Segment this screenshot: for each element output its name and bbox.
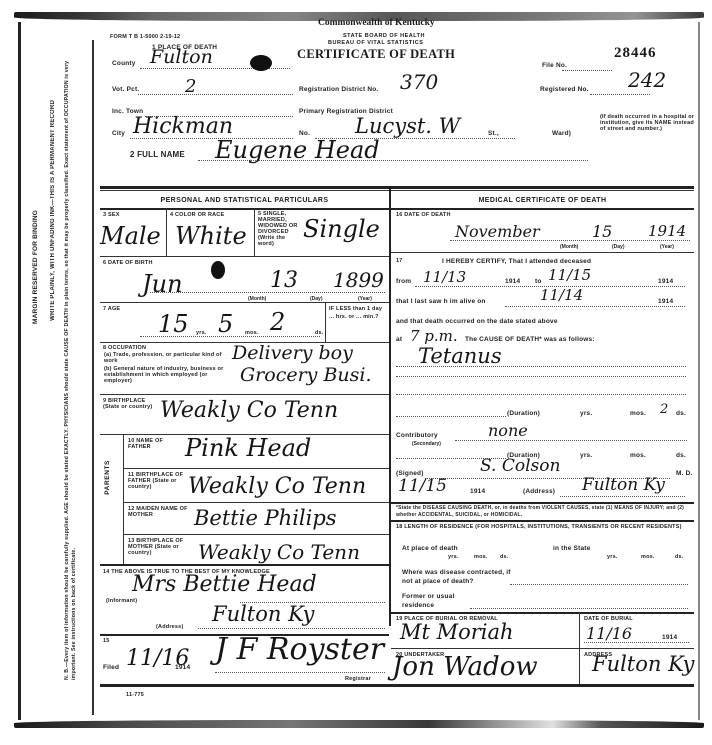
age-days: 2: [270, 308, 285, 336]
at-place-ds: ds.: [500, 554, 509, 560]
signed-date: 11/15: [398, 476, 447, 496]
contributory-label: Contributory: [396, 432, 438, 439]
rule: [325, 302, 326, 342]
section-divider: [100, 186, 694, 189]
from-label: from: [396, 278, 411, 285]
rule: [100, 302, 389, 303]
vot-pct-value: 2: [185, 76, 196, 97]
binding-margin: MARGIN RESERVED FOR BINDING WRITE PLAINL…: [28, 40, 92, 700]
contributory-sub-label: (Secondary): [412, 441, 441, 447]
burial-place-value: Mt Moriah: [400, 620, 514, 644]
registration-district-label: Registration District No.: [299, 86, 378, 93]
in-state-ds: ds.: [675, 554, 684, 560]
vot-pct-line: [138, 94, 293, 95]
ward-label: Ward): [552, 130, 571, 137]
rule: [123, 468, 389, 469]
certificate-title: CERTIFICATE OF DEATH: [297, 47, 455, 62]
contributory-value: none: [488, 421, 528, 440]
last-saw-value: 11/14: [540, 286, 583, 304]
personal-section-title: PERSONAL AND STATISTICAL PARTICULARS: [100, 197, 389, 204]
death-year: 1914: [648, 222, 686, 240]
md-label: M. D.: [676, 470, 693, 477]
father-name-label: 10 NAME OF FATHER: [128, 438, 163, 450]
to-year: 1914: [658, 278, 673, 285]
informant-value: Mrs Bettie Head: [132, 572, 317, 597]
age-years: 15: [158, 310, 189, 338]
government-title: Commonwealth of Kentucky: [318, 18, 435, 28]
dob-month: Jun: [142, 270, 183, 298]
informant-address-value: Fulton Ky: [212, 602, 314, 626]
from-year: 1914: [505, 278, 520, 285]
medical-address-line: [560, 496, 685, 497]
filed-number: 15: [103, 638, 110, 644]
informant-address-label: (Address): [156, 624, 183, 630]
registered-no-line: [590, 94, 650, 95]
sex-value: Male: [100, 222, 161, 250]
at-place-label: At place of death: [402, 544, 462, 553]
death-year-label: (Year): [660, 244, 674, 250]
from-date: 11/13: [423, 268, 466, 286]
to-label: to: [535, 278, 542, 285]
filed-year: 1914: [175, 664, 190, 671]
death-month: November: [455, 222, 540, 241]
rule: [391, 520, 694, 522]
contracted-line: [510, 584, 688, 585]
cause-label: The CAUSE OF DEATH* was as follows:: [465, 336, 595, 343]
registered-no-value: 242: [628, 68, 666, 92]
registered-no-label: Registered No.: [540, 86, 589, 93]
in-state-mos: mos.: [641, 554, 655, 560]
rule: [123, 534, 389, 535]
mother-name-value: Bettie Philips: [194, 506, 337, 530]
informant-label: (Informant): [106, 598, 137, 604]
vot-pct-label: Vot. Pct.: [112, 86, 139, 93]
mother-birthplace-label: 13 BIRTHPLACE OF MOTHER (State or countr…: [128, 538, 193, 556]
burial-date-year: 1914: [662, 634, 677, 641]
filed-label: Filed: [103, 664, 119, 671]
medical-section-title: MEDICAL CERTIFICATE OF DEATH: [391, 197, 694, 204]
hospital-note: (If death occurred in a hospital or inst…: [600, 114, 695, 132]
registration-district-value: 370: [400, 70, 438, 94]
at-place-mos: mos.: [474, 554, 488, 560]
st-label: St.,: [488, 130, 499, 137]
father-birthplace-value: Weakly Co Tenn: [188, 474, 366, 499]
rule: [391, 648, 694, 649]
if-less-label: IF LESS than 1 day ... hrs. or ... min.?: [329, 305, 387, 321]
dob-day: 13: [270, 268, 298, 293]
dob-line: [150, 292, 385, 293]
death-day-label: (Day): [612, 244, 625, 250]
duration-label: (Duration): [507, 410, 540, 417]
margin-instructions: N. B.—Every item of information should b…: [64, 40, 90, 680]
contributory-line: [455, 440, 687, 441]
cause-line: [396, 366, 686, 367]
occupation-a-label: (a) Trade, profession, or particular kin…: [104, 352, 234, 364]
father-birthplace-label: 11 BIRTHPLACE OF FATHER (State or countr…: [128, 472, 188, 490]
to-date: 11/15: [548, 266, 591, 284]
last-saw-year: 1914: [658, 298, 673, 305]
death-month-label: (Month): [560, 244, 578, 250]
duration2-mos: mos.: [630, 452, 646, 459]
sex-label: 3 SEX: [103, 212, 120, 218]
mother-birthplace-value: Weakly Co Tenn: [198, 540, 360, 564]
duration-line: [396, 416, 506, 417]
color-label: 4 COLOR OR RACE: [170, 212, 224, 218]
rule: [391, 502, 694, 504]
registrar-signature: J F Royster: [215, 632, 384, 667]
age-months: 5: [218, 310, 233, 338]
scan-edge-bottom: [14, 720, 704, 728]
rule: [100, 208, 389, 210]
form-footer: 11-775: [126, 692, 144, 698]
rule: [254, 208, 255, 256]
marital-value: Single: [303, 215, 380, 243]
margin-binding-note: MARGIN RESERVED FOR BINDING: [32, 210, 39, 324]
rule: [100, 256, 389, 257]
at-label: at: [396, 336, 402, 343]
undertaker-address-value: Fulton Ky: [592, 652, 694, 676]
rule: [166, 208, 167, 256]
mother-name-label: 12 MAIDEN NAME OF MOTHER: [128, 506, 188, 518]
medical-address-value: Fulton Ky: [582, 475, 665, 495]
registrar-line: [215, 672, 385, 673]
file-no-value: 28446: [614, 45, 657, 62]
rule: [100, 564, 389, 566]
medical-address-label: (Address): [523, 488, 555, 495]
death-day: 15: [592, 222, 612, 241]
city-label: City: [112, 130, 125, 137]
rule: [391, 208, 694, 210]
bureau-title: BUREAU OF VITAL STATISTICS: [328, 40, 423, 46]
board-title: STATE BOARD OF HEALTH: [343, 33, 425, 39]
file-no-line: [562, 70, 612, 71]
duration-yrs: yrs.: [580, 410, 592, 417]
rule: [123, 434, 124, 564]
marital-label: 5 SINGLE, MARRIED, WIDOWED OR DIVORCED (…: [258, 211, 302, 247]
in-state-label: in the State: [553, 544, 593, 553]
burial-date-value: 11/16: [586, 624, 632, 643]
ink-blot: [250, 55, 272, 71]
former-residence-line: [470, 608, 688, 609]
time-value: 7 p.m.: [410, 327, 458, 345]
rule: [391, 252, 694, 253]
form-number: FORM T B 1-5000 2-19-12: [110, 34, 180, 40]
duration-ds-value: 2: [660, 402, 668, 417]
parents-section-label: PARENTS: [104, 460, 111, 495]
father-name-value: Pink Head: [185, 434, 311, 462]
county-label: County: [112, 60, 136, 67]
occupation-b-label: (b) General nature of industry, business…: [104, 366, 234, 384]
file-no-label: File No.: [542, 62, 567, 69]
signed-value: S. Colson: [480, 456, 560, 476]
bottom-rule: [100, 684, 694, 687]
signed-year: 1914: [470, 488, 485, 495]
rule: [100, 394, 389, 395]
dob-year: 1899: [333, 268, 384, 292]
certify-number: 17: [396, 258, 403, 264]
duration2-ds: ds.: [676, 452, 686, 459]
in-state-yrs: yrs.: [607, 554, 618, 560]
rule: [123, 502, 389, 503]
age-label: 7 AGE: [103, 306, 120, 312]
rule: [391, 190, 694, 191]
street-value: Lucyst. W: [355, 114, 460, 138]
county-value: Fulton: [150, 46, 213, 68]
duration-ds: ds.: [676, 410, 686, 417]
rule: [100, 190, 389, 191]
last-saw-line: [505, 306, 685, 307]
full-name-value: Eugene Head: [215, 136, 380, 164]
rule: [391, 612, 694, 614]
date-of-death-label: 16 DATE OF DEATH: [396, 212, 451, 218]
registrar-label: Registrar: [345, 676, 371, 682]
footnote: *State the DISEASE CAUSING DEATH, or, in…: [396, 505, 689, 518]
occupation-label: 8 OCCUPATION: [103, 345, 146, 351]
ink-blot: [211, 261, 225, 279]
at-place-yrs: yrs.: [448, 554, 459, 560]
duration2-yrs: yrs.: [580, 452, 592, 459]
burial-date-line: [584, 642, 689, 643]
birthplace-label: 9 BIRTHPLACE (State or country): [103, 398, 158, 410]
burial-date-label: DATE OF BURIAL: [584, 616, 633, 622]
birthplace-value: Weakly Co Tenn: [160, 398, 338, 423]
cause-line: [396, 394, 686, 395]
last-saw-label: that I last saw h im alive on: [396, 298, 486, 305]
contracted-label: Where was disease contracted, if not at …: [402, 568, 522, 586]
date-of-death-line: [450, 240, 690, 241]
full-name-label: 2 FULL NAME: [130, 150, 185, 159]
cause-line: [396, 376, 686, 377]
occupation-b-value: Grocery Busi.: [240, 364, 372, 386]
dob-label: 6 DATE OF BIRTH: [103, 260, 153, 266]
address-line: [198, 628, 385, 629]
cause-value: Tetanus: [418, 344, 502, 368]
certify-text: I HEREBY CERTIFY, That I attended deceas…: [442, 258, 591, 265]
margin-ink-note: WRITE PLAINLY, WITH UNFADING INK—THIS IS…: [50, 100, 56, 321]
death-occurred-text: and that death occurred on the date stat…: [396, 318, 558, 325]
margin-rule: [92, 40, 94, 715]
age-line: [140, 336, 320, 337]
residence-label: 18 LENGTH OF RESIDENCE (FOR HOSPITALS, I…: [396, 524, 689, 531]
duration-mos: mos.: [630, 410, 646, 417]
occupation-a-value: Delivery boy: [232, 342, 353, 364]
undertaker-value: Jon Wadow: [392, 652, 538, 682]
color-value: White: [175, 222, 247, 250]
